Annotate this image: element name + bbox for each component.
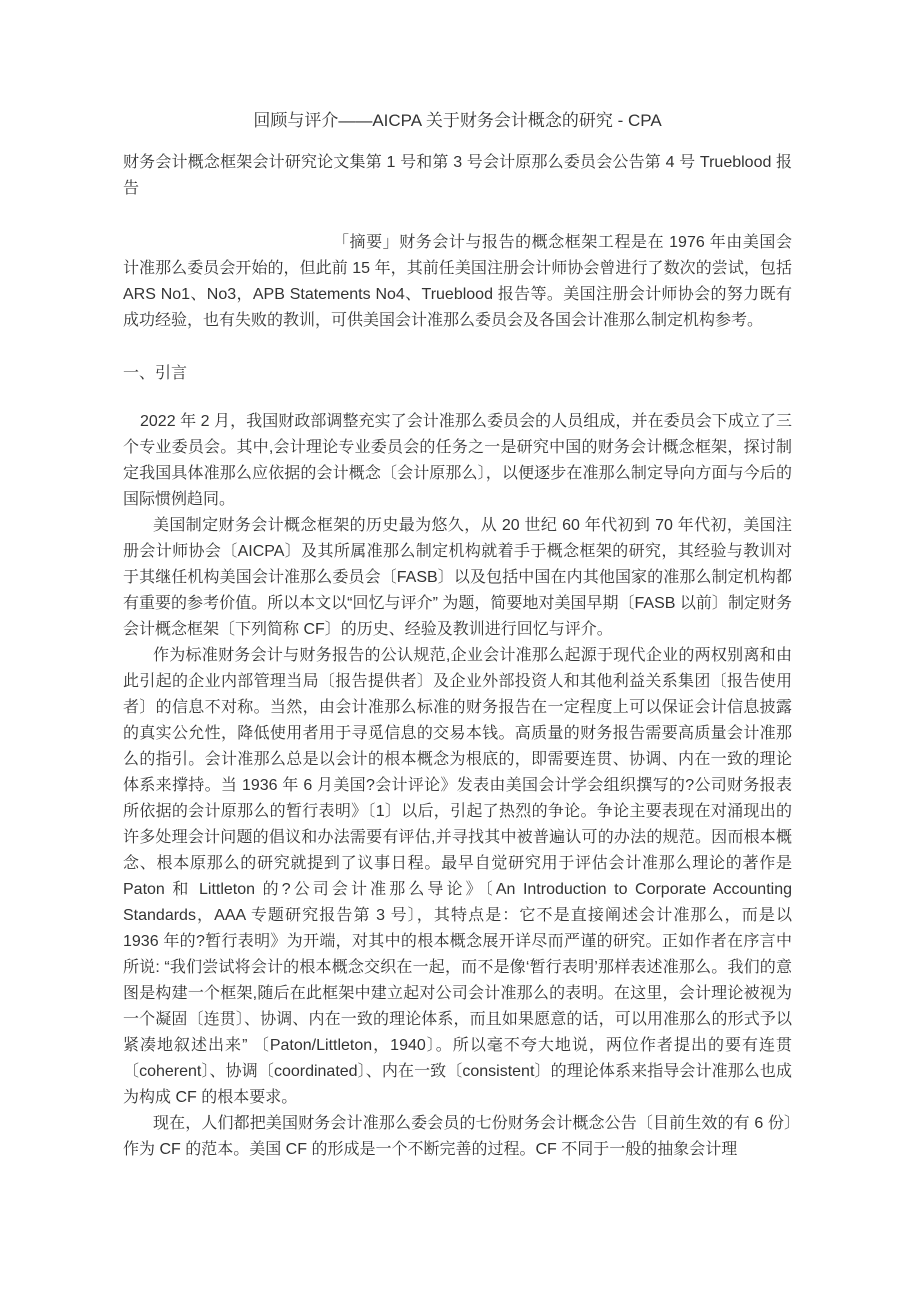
section-heading-introduction: 一、引言 [123,361,792,387]
document-title: 回顾与评介——AICPA 关于财务会计概念的研究 - CPA [123,108,792,134]
body-paragraph: 作为标准财务会计与财务报告的公认规范,企业会计准那么起源于现代企业的两权别离和由… [123,643,792,1111]
document-page: 回顾与评介——AICPA 关于财务会计概念的研究 - CPA 财务会计概念框架会… [0,0,920,1302]
body-paragraph: 现在，人们都把美国财务会计准那么委会员的七份财务会计概念公告〔目前生效的有 6 … [123,1111,792,1163]
body-paragraph: 美国制定财务会计概念框架的历史最为悠久，从 20 世纪 60 年代初到 70 年… [123,513,792,643]
abstract-paragraph: 「摘要」财务会计与报告的概念框架工程是在 1976 年由美国会计准那么委员会开始… [123,230,792,334]
body-paragraph: 2022 年 2 月，我国财政部调整充实了会计准那么委员会的人员组成，并在委员会… [123,409,792,513]
document-subtitle: 财务会计概念框架会计研究论文集第 1 号和第 3 号会计原那么委员会公告第 4 … [123,150,792,202]
